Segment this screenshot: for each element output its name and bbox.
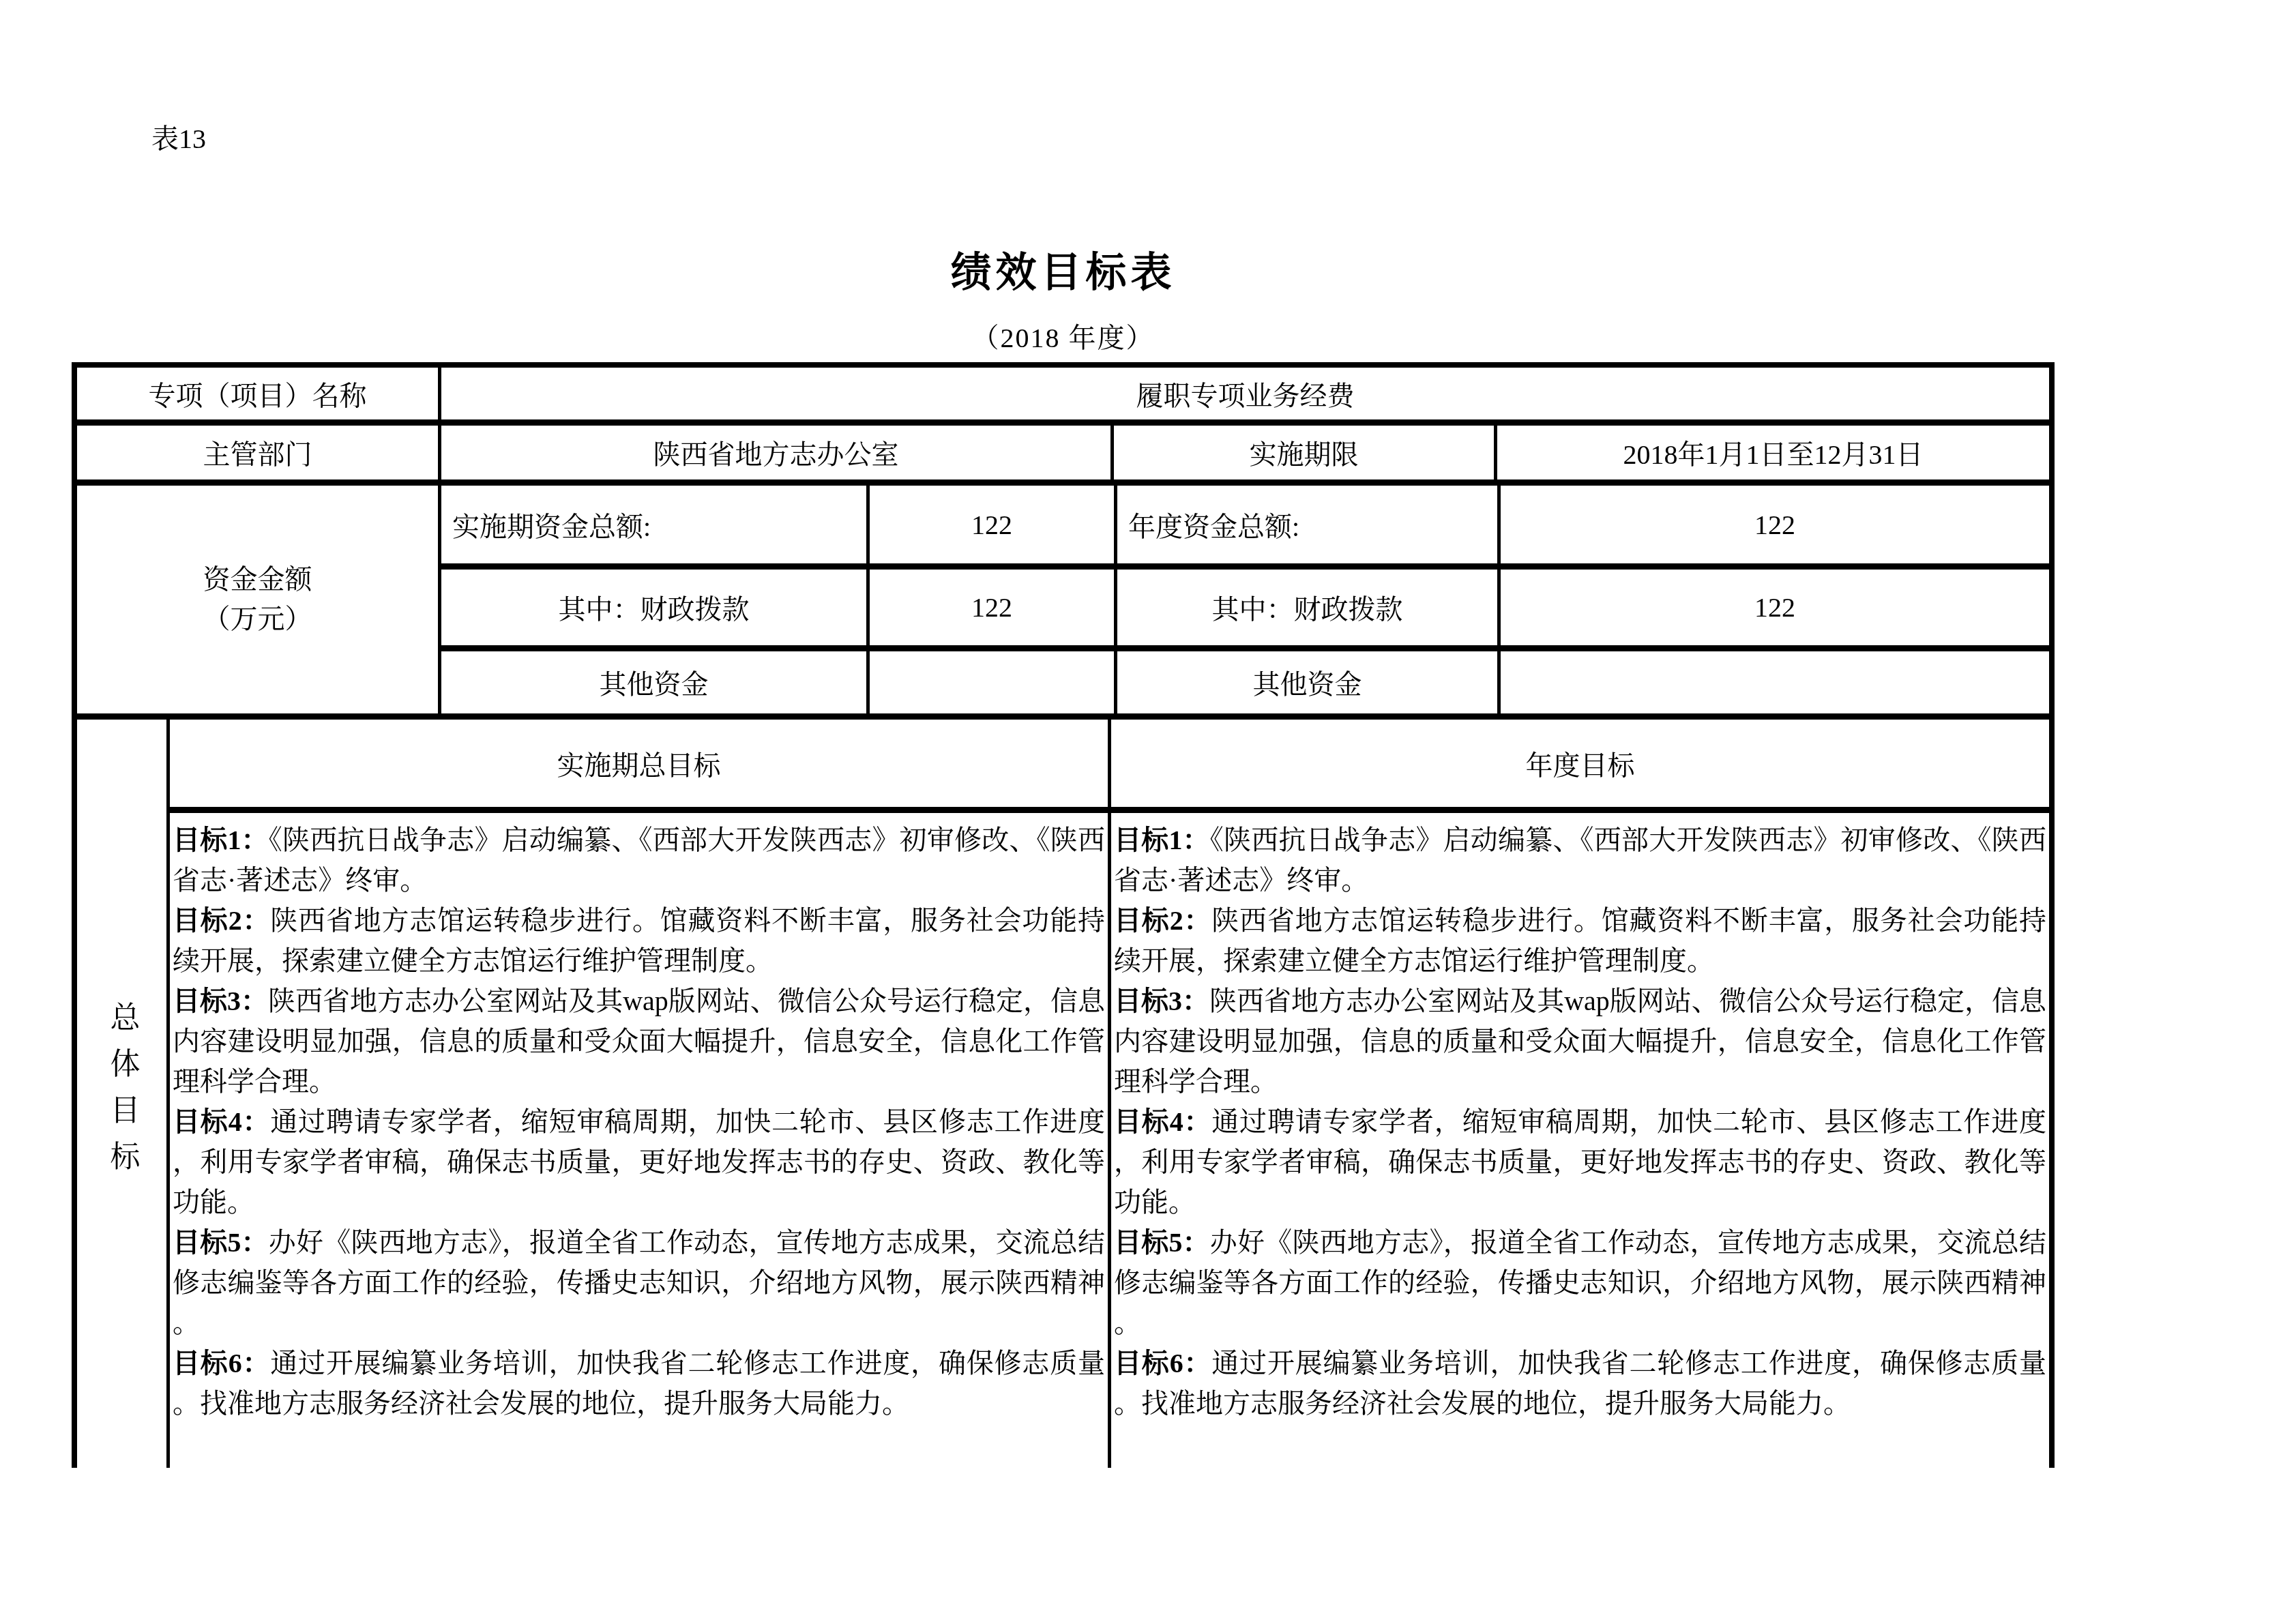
funding-section: 资金金额 （万元） 实施期资金总额: 122 年度资金总额: 122 其中：财政… — [77, 479, 2049, 713]
funding-label-line1: 资金金额 — [203, 560, 312, 600]
goals-header-row: 实施期总目标 年度目标 — [170, 720, 2049, 813]
goal-item: 目标5：办好《陕西地方志》，报道全省工作动态，宣传地方志成果，交流总结修志编鉴等… — [173, 1222, 1105, 1343]
funding-label: 资金金额 （万元） — [77, 486, 438, 713]
goal-item: 目标3：陕西省地方志办公室网站及其wap版网站、微信公众号运行稳定，信息内容建设… — [173, 981, 1105, 1102]
impl-total-value: 122 — [866, 486, 1114, 563]
annual-other-value — [1497, 651, 2049, 713]
funding-row-other: 其他资金 其他资金 — [441, 645, 2049, 713]
annual-fiscal-value: 122 — [1497, 570, 2049, 645]
department-period-row: 主管部门 陕西省地方志办公室 实施期限 2018年1月1日至12月31日 — [77, 419, 2049, 479]
annual-total-value: 122 — [1497, 486, 2049, 563]
impl-other-value — [866, 651, 1114, 713]
funding-row-total: 实施期资金总额: 122 年度资金总额: 122 — [441, 486, 2049, 563]
annual-goals-cell: 目标1：《陕西抗日战争志》启动编纂、《西部大开发陕西志》初审修改、《陕西省志·著… — [1108, 813, 2049, 1468]
annual-goals-header: 年度目标 — [1108, 720, 2049, 807]
goal-item: 目标2：陕西省地方志馆运转稳步进行。馆藏资料不断丰富，服务社会功能持续开展，探索… — [1114, 900, 2046, 981]
impl-other-label: 其他资金 — [441, 651, 866, 713]
goals-body: 目标1：《陕西抗日战争志》启动编纂、《西部大开发陕西志》初审修改、《陕西省志·著… — [170, 813, 2049, 1468]
goal-item: 目标1：《陕西抗日战争志》启动编纂、《西部大开发陕西志》初审修改、《陕西省志·著… — [173, 820, 1105, 900]
project-name-row: 专项（项目）名称 履职专项业务经费 — [77, 368, 2049, 419]
goal-item: 目标3：陕西省地方志办公室网站及其wap版网站、微信公众号运行稳定，信息内容建设… — [1114, 981, 2046, 1102]
goal-item: 目标5：办好《陕西地方志》，报道全省工作动态，宣传地方志成果，交流总结修志编鉴等… — [1114, 1222, 2046, 1343]
goal-item: 目标2：陕西省地方志馆运转稳步进行。馆藏资料不断丰富，服务社会功能持续开展，探索… — [173, 900, 1105, 981]
table-tag: 表13 — [151, 117, 206, 156]
goal-item: 目标4：通过聘请专家学者，缩短审稿周期，加快二轮市、县区修志工作进度，利用专家学… — [173, 1102, 1105, 1222]
sheet: 表13 绩效目标表 （2018 年度） 专项（项目）名称 履职专项业务经费 主管… — [0, 0, 2296, 1624]
performance-target-table: 专项（项目）名称 履职专项业务经费 主管部门 陕西省地方志办公室 实施期限 20… — [72, 362, 2055, 1468]
overall-goals-header: 实施期总目标 — [170, 720, 1108, 807]
page-subtitle: （2018 年度） — [72, 316, 2055, 355]
goals-section: 总体目标 实施期总目标 年度目标 目标1：《陕西抗日战争志》启动编纂、《西部大开… — [77, 713, 2049, 1468]
department-value: 陕西省地方志办公室 — [438, 426, 1110, 479]
title-block: 绩效目标表 （2018 年度） — [72, 240, 2055, 355]
annual-total-label: 年度资金总额: — [1114, 486, 1497, 563]
impl-total-label: 实施期资金总额: — [441, 486, 866, 563]
annual-fiscal-label: 其中：财政拨款 — [1114, 570, 1497, 645]
impl-fiscal-value: 122 — [866, 570, 1114, 645]
funding-grid: 实施期资金总额: 122 年度资金总额: 122 其中：财政拨款 122 其中：… — [438, 486, 2049, 713]
project-name-value: 履职专项业务经费 — [438, 368, 2049, 419]
department-label: 主管部门 — [77, 426, 438, 479]
goals-main: 实施期总目标 年度目标 目标1：《陕西抗日战争志》启动编纂、《西部大开发陕西志》… — [166, 720, 2049, 1468]
goal-item: 目标6：通过开展编纂业务培训，加快我省二轮修志工作进度，确保修志质量。找准地方志… — [1114, 1343, 2046, 1423]
overall-goals-cell: 目标1：《陕西抗日战争志》启动编纂、《西部大开发陕西志》初审修改、《陕西省志·著… — [170, 813, 1108, 1468]
goal-item: 目标6：通过开展编纂业务培训，加快我省二轮修志工作进度，确保修志质量。找准地方志… — [173, 1343, 1105, 1423]
annual-other-label: 其他资金 — [1114, 651, 1497, 713]
project-name-label: 专项（项目）名称 — [77, 368, 438, 419]
goal-item: 目标1：《陕西抗日战争志》启动编纂、《西部大开发陕西志》初审修改、《陕西省志·著… — [1114, 820, 2046, 900]
period-value: 2018年1月1日至12月31日 — [1494, 426, 2049, 479]
page-title: 绩效目标表 — [72, 240, 2055, 299]
period-label: 实施期限 — [1110, 426, 1494, 479]
funding-row-fiscal: 其中：财政拨款 122 其中：财政拨款 122 — [441, 563, 2049, 645]
overall-goal-side-label: 总体目标 — [107, 1001, 137, 1187]
impl-fiscal-label: 其中：财政拨款 — [441, 570, 866, 645]
goal-item: 目标4：通过聘请专家学者，缩短审稿周期，加快二轮市、县区修志工作进度，利用专家学… — [1114, 1102, 2046, 1222]
goals-side-cell: 总体目标 — [77, 720, 166, 1468]
funding-label-line2: （万元） — [203, 600, 312, 639]
